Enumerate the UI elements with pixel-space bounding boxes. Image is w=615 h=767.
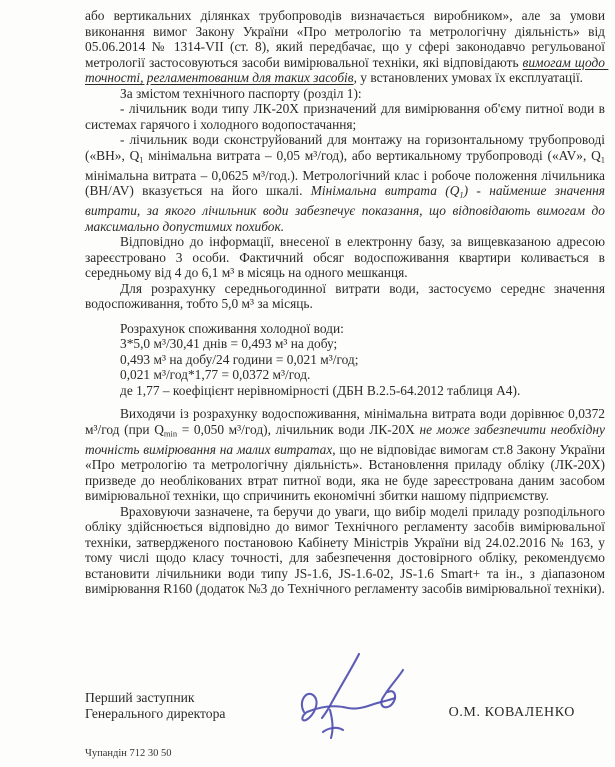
text-run: 0,493 м³ на добу/24 години = 0,021 м³/го… — [120, 352, 358, 367]
body-paragraph-9: 0,493 м³ на добу/24 години = 0,021 м³/го… — [85, 352, 605, 368]
signature-block: Перший заступник Генерального директора … — [85, 690, 575, 722]
body-paragraph-2: За змістом технічного паспорту (розділ 1… — [85, 86, 605, 102]
text-run: Для розрахунку середньогодинної витрати … — [85, 281, 608, 312]
text-run: , у встановлених умовах їх експлуатації. — [354, 70, 583, 85]
body-paragraph-6: Для розрахунку середньогодинної витрати … — [85, 281, 605, 312]
text-run: Мінімальна витрата (Q — [311, 183, 460, 198]
text-run: 0,021 м³/год*1,77 = 0,0372 м³/год. — [120, 367, 310, 382]
body-paragraph-11: де 1,77 – коефіцієнт нерівномірності (ДБ… — [85, 383, 605, 399]
text-run: - лічильник води типу ЛК-20Х призначений… — [85, 101, 608, 132]
signer-title-line1: Перший заступник — [85, 690, 225, 706]
body-paragraph-5: Відповідно до інформації, внесеної в еле… — [85, 234, 605, 281]
text-run: min — [164, 428, 177, 438]
text-run: 3*5,0 м³/30,41 днів = 0,493 м³ на добу; — [120, 336, 337, 351]
letter-body: або вертикальних ділянках трубопроводів … — [85, 8, 605, 597]
text-run: За змістом технічного паспорту (розділ 1… — [120, 86, 362, 101]
body-paragraph-4: - лічильник води сконструйований для мон… — [85, 132, 605, 234]
body-paragraph-1: або вертикальних ділянках трубопроводів … — [85, 8, 605, 86]
signer-name: О.М. КОВАЛЕНКО — [449, 705, 575, 722]
body-paragraph-13: Враховуючи зазначене, та беручи до уваги… — [85, 504, 605, 597]
body-paragraph-7: Розрахунок споживання холодної води: — [85, 321, 605, 337]
scanned-letter-page: або вертикальних ділянках трубопроводів … — [0, 0, 615, 767]
body-paragraph-12: Виходячи із розрахунку водоспоживання, м… — [85, 406, 605, 504]
text-run: мінімальна витрата – 0,05 м³/год), або в… — [144, 148, 601, 163]
body-paragraph-8: 3*5,0 м³/30,41 днів = 0,493 м³ на добу; — [85, 336, 605, 352]
signer-title: Перший заступник Генерального директора — [85, 690, 225, 722]
footer-executor-phone: Чупандін 712 30 50 — [85, 748, 171, 759]
text-run: Враховуючи зазначене, та беручи до уваги… — [85, 504, 608, 597]
body-paragraph-10: 0,021 м³/год*1,77 = 0,0372 м³/год. — [85, 367, 605, 383]
body-paragraph-3: - лічильник води типу ЛК-20Х призначений… — [85, 101, 605, 132]
text-run: Відповідно до інформації, внесеної в еле… — [85, 234, 608, 280]
text-run: де 1,77 – коефіцієнт нерівномірності (ДБ… — [120, 383, 520, 398]
signer-title-line2: Генерального директора — [85, 706, 225, 722]
text-run: = 0,050 м³/год), лічильник води ЛК-20Х — [177, 422, 419, 437]
text-run: Розрахунок споживання холодної води: — [120, 321, 344, 336]
